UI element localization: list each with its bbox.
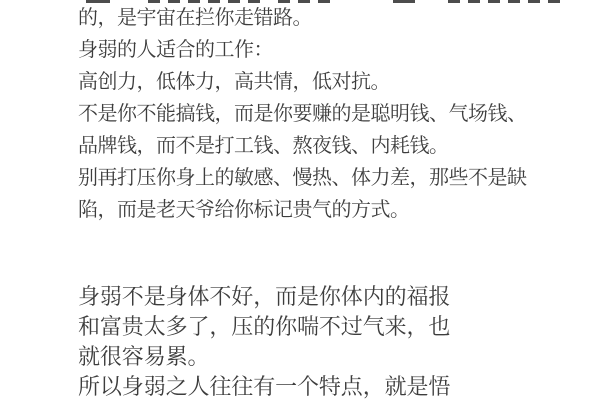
paragraph-body-weak-fortune: 身弱不是身体不好，而是你体内的福报和富贵太多了，压的你喘不过气来，也就很容易累。… xyxy=(78,282,450,400)
text-line: 所以身弱之人往往有一个特点，就是悟 xyxy=(78,372,450,400)
text-screenshot-page: 的，是宇宙在拦你走错路。身弱的人适合的工作：高创力，低体力，高共情，低对抗。不是… xyxy=(0,0,600,400)
text-line: 就很容易累。 xyxy=(78,342,450,372)
paragraph-body-weak-advice: 的，是宇宙在拦你走错路。身弱的人适合的工作：高创力，低体力，高共情，低对抗。不是… xyxy=(78,2,527,226)
text-line: 别再打压你身上的敏感、慢热、体力差，那些不是缺 xyxy=(78,162,527,194)
text-line: 不是你不能搞钱，而是你要赚的是聪明钱、气场钱、 xyxy=(78,98,527,130)
text-line: 高创力，低体力，高共情，低对抗。 xyxy=(78,66,527,98)
text-line: 陷，而是老天爷给你标记贵气的方式。 xyxy=(78,194,527,226)
text-line: 身弱不是身体不好，而是你体内的福报 xyxy=(78,282,450,312)
text-line: 身弱的人适合的工作： xyxy=(78,34,527,66)
text-line: 的，是宇宙在拦你走错路。 xyxy=(78,2,527,34)
text-line: 和富贵太多了，压的你喘不过气来，也 xyxy=(78,312,450,342)
text-line: 品牌钱，而不是打工钱、熬夜钱、内耗钱。 xyxy=(78,130,527,162)
